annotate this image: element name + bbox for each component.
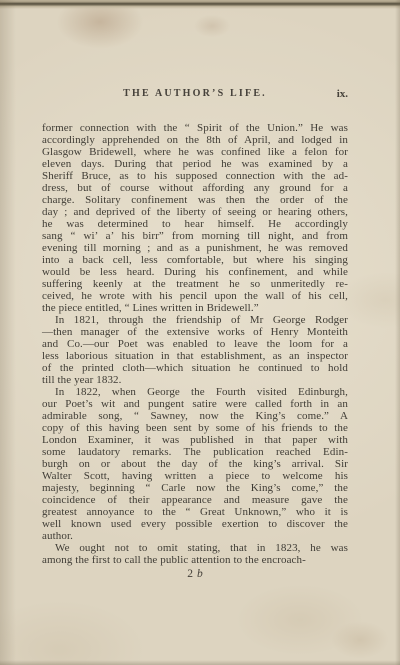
page-body: former connection with the “ Spirit of t… bbox=[42, 122, 348, 566]
text-line: eleven days. During that period he was e… bbox=[42, 158, 348, 170]
text-line: Walter Scott, having written a piece to … bbox=[42, 470, 348, 482]
text-line: suffering keenly at the treatment he so … bbox=[42, 278, 348, 290]
text-line: In 1821, through the friendship of Mr Ge… bbox=[42, 314, 348, 326]
paragraph: In 1821, through the friendship of Mr Ge… bbox=[42, 314, 348, 386]
page-top-edge bbox=[0, 0, 400, 9]
text-line: majesty, beginning “ Carle now the King’… bbox=[42, 482, 348, 494]
text-line: ceived, he wrote with his pencil upon th… bbox=[42, 290, 348, 302]
text-line: the piece entitled, “ Lines written in B… bbox=[42, 302, 348, 314]
text-line: author. bbox=[42, 530, 348, 542]
text-line: among the first to call the public atten… bbox=[42, 554, 348, 566]
page-right-edge bbox=[395, 0, 400, 665]
text-line: he was determined to hear himself. He ac… bbox=[42, 218, 348, 230]
text-line: evening till morning ; and as a punishme… bbox=[42, 242, 348, 254]
text-line: —then manager of the extensive works of … bbox=[42, 326, 348, 338]
page-number: ix. bbox=[337, 88, 348, 100]
running-title: THE AUTHOR’S LIFE. bbox=[42, 88, 348, 99]
text-line: burgh on or about the day of the king’s … bbox=[42, 458, 348, 470]
text-line: Sheriff Bruce, as to his supposed connec… bbox=[42, 170, 348, 182]
paragraph: former connection with the “ Spirit of t… bbox=[42, 122, 348, 314]
text-line: former connection with the “ Spirit of t… bbox=[42, 122, 348, 134]
text-line: till the year 1832. bbox=[42, 374, 348, 386]
text-line: well known used every possible exertion … bbox=[42, 518, 348, 530]
text-line: In 1822, when George the Fourth visited … bbox=[42, 386, 348, 398]
text-line: into a back cell, less comfortable, but … bbox=[42, 254, 348, 266]
text-line: Glasgow Bridewell, where he was confined… bbox=[42, 146, 348, 158]
text-line: of the printed cloth—which situation he … bbox=[42, 362, 348, 374]
page-bottom-edge bbox=[0, 660, 400, 665]
text-line: greatest annoyance to the “ Great Unknow… bbox=[42, 506, 348, 518]
scanned-book-page: THE AUTHOR’S LIFE. ix. former connection… bbox=[0, 0, 400, 665]
signature-mark: 2b bbox=[42, 568, 348, 580]
text-line: accordingly apprehended on the 8th of Ap… bbox=[42, 134, 348, 146]
text-line: dress, but of course without affording a… bbox=[42, 182, 348, 194]
signature-number: 2 bbox=[187, 568, 193, 580]
text-line: We ought not to omit stating, that in 18… bbox=[42, 542, 348, 554]
gutter-shadow bbox=[0, 0, 16, 665]
text-line: London Examiner, it was published in tha… bbox=[42, 434, 348, 446]
text-line: and Co.—our Poet was enabled to leave th… bbox=[42, 338, 348, 350]
paragraph: We ought not to omit stating, that in 18… bbox=[42, 542, 348, 566]
text-line: less laborious situation in that establi… bbox=[42, 350, 348, 362]
paragraph: In 1822, when George the Fourth visited … bbox=[42, 386, 348, 542]
text-line: sang “ wi’ a’ his birr” from morning til… bbox=[42, 230, 348, 242]
text-line: day ; and deprived of the liberty of see… bbox=[42, 206, 348, 218]
text-column: THE AUTHOR’S LIFE. ix. former connection… bbox=[42, 88, 348, 580]
text-line: would be less heard. During his confinem… bbox=[42, 266, 348, 278]
signature-letter: b bbox=[197, 568, 203, 580]
page-header: THE AUTHOR’S LIFE. ix. bbox=[42, 88, 348, 102]
text-line: charge. Solitary confinement was then th… bbox=[42, 194, 348, 206]
text-line: some laudatory remarks. The publication … bbox=[42, 446, 348, 458]
text-line: admirable song, “ Sawney, now the King’s… bbox=[42, 410, 348, 422]
text-line: copy of this having been sent by some of… bbox=[42, 422, 348, 434]
text-line: our Poet’s wit and pungent satire were c… bbox=[42, 398, 348, 410]
text-line: coincidence of their appearance and meas… bbox=[42, 494, 348, 506]
